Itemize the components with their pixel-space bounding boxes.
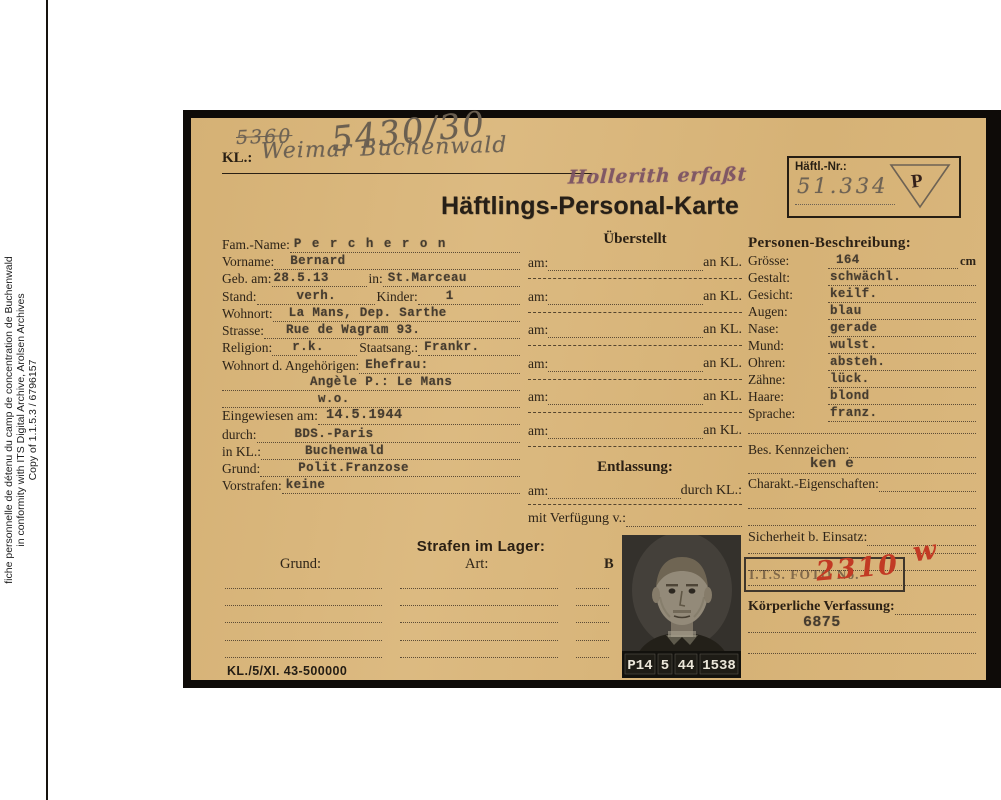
transfer-separator [528, 278, 742, 279]
desc-row-haare: Haare: blond [748, 388, 976, 405]
field-value: 14.5.1944 [326, 408, 403, 423]
desc-row-groesse: Grösse: 164 cm [748, 252, 976, 269]
am-label: am: [528, 289, 548, 305]
transfer-row: am: an KL. [528, 355, 742, 372]
strafen-ruled-line [400, 640, 558, 641]
charakt-label: Charakt.-Eigenschaften: [748, 476, 879, 492]
its-foto-stamp: I.T.S. FOTO No. 2310 [744, 557, 905, 592]
desc-label: Ohren: [748, 355, 828, 371]
field-label: Grund: [222, 461, 260, 477]
field-value: Ehefrau: [365, 358, 428, 372]
transfer-row: am: an KL. [528, 321, 742, 338]
strafen-ruled-line [400, 605, 558, 606]
strafen-ruled-line [225, 622, 382, 623]
an-kl-label: an KL. [703, 423, 742, 439]
board-segment: P14 [627, 658, 652, 674]
field-label: Religion: [222, 340, 272, 356]
desc-label: Nase: [748, 321, 828, 337]
margin-note-fiche: fiche personnelle de détenu du camp de c… [3, 256, 15, 583]
strafen-grund-label: Grund: [280, 556, 321, 573]
desc-row-mund: Mund: wulst. [748, 337, 976, 354]
field-label: Geb. am: [222, 271, 272, 287]
verfassung-value: 6875 [803, 614, 841, 631]
desc-value: blau [830, 304, 862, 318]
transfer-row: am: an KL. [528, 388, 742, 405]
am-label: am: [528, 483, 548, 499]
transfer-separator [528, 345, 742, 346]
kennzeichen-value: ken e [810, 456, 854, 472]
am-label: am: [528, 322, 548, 338]
strafen-ruled-line [576, 640, 609, 641]
strafen-ruled-line [225, 588, 382, 589]
card-frame: 5360 5430/30 KL.: Weimar Buchenwald Holl… [183, 110, 1001, 688]
margin-rule [46, 0, 48, 800]
kl-label: KL.: [222, 150, 252, 167]
field-label: Fam.-Name: [222, 237, 290, 253]
desc-value: 164 [836, 253, 860, 267]
sicherheit-row: Sicherheit b. Einsatz: [748, 529, 976, 546]
board-segment: 44 [678, 658, 695, 674]
field-label: durch: [222, 427, 257, 443]
field-label: Wohnort: [222, 306, 273, 322]
prisoner-card: 5360 5430/30 KL.: Weimar Buchenwald Holl… [191, 118, 986, 680]
desc-row-gesicht: Gesicht: keilf. [748, 286, 976, 303]
an-kl-label: an KL. [703, 356, 742, 372]
kennzeichen-value-row: ken e [748, 457, 976, 474]
an-kl-label: an KL. [703, 322, 742, 338]
field-value: Angèle P.: Le Mans [310, 375, 452, 389]
field-value: verh. [297, 289, 337, 303]
transfer-row: am: an KL. [528, 288, 742, 305]
desc-label: Zähne: [748, 372, 828, 388]
verfuegung-label: mit Verfügung v.: [528, 511, 626, 527]
field-value: 28.5.13 [274, 271, 329, 285]
card-title: Häftlings-Personal-Karte [430, 192, 750, 221]
field-label: Staatsang.: [359, 340, 418, 356]
desc-label: Haare: [748, 389, 828, 405]
blank-ruled-line [748, 433, 976, 434]
charakt-row: Charakt.-Eigenschaften: [748, 475, 976, 492]
field-row-vorstrafen: Vorstrafen: keine [222, 477, 520, 494]
field-row-geboren: Geb. am: 28.5.13 in: St.Marceau [222, 270, 520, 287]
strafen-ruled-line [576, 622, 609, 623]
field-row-famname: Fam.-Name: P e r c h e r o n [222, 236, 520, 253]
field-row-strasse: Strasse: Rue de Wagram 93. [222, 322, 520, 339]
field-label: Vorstrafen: [222, 478, 282, 494]
am-label: am: [528, 389, 548, 405]
am-label: am: [528, 423, 548, 439]
archive-scan-page: Copy of 1.1.5.3 / 6796157 in conformity … [0, 0, 1001, 800]
field-value: Rue de Wagram 93. [286, 323, 420, 337]
strafen-header: Strafen im Lager: [381, 538, 581, 555]
strafen-ruled-line [576, 657, 609, 658]
strafen-ruled-line [400, 622, 558, 623]
its-stamp-number: 2310 [815, 549, 901, 587]
verfassung-label: Körperliche Verfassung: [748, 599, 895, 615]
prisoner-number-value: 51.334 [797, 174, 888, 198]
desc-label: Gesicht: [748, 287, 828, 303]
strafen-ruled-line [576, 588, 609, 589]
field-row-grund: Grund: Polit.Franzose [222, 460, 520, 477]
margin-note-conformity: in conformity with ITS Digital Archive, … [15, 293, 27, 546]
kl-handwritten-value: Weimar Buchenwald [261, 133, 508, 164]
field-value: P e r c h e r o n [294, 237, 447, 251]
field-value: w.o. [318, 392, 350, 406]
field-row-vorname: Vorname: Bernard [222, 253, 520, 270]
strafen-ruled-line [225, 605, 382, 606]
desc-value: gerade [830, 321, 877, 335]
margin-note-copy: Copy of 1.1.5.3 / 6796157 [27, 360, 39, 481]
field-value: keine [286, 478, 326, 492]
field-value: r.k. [292, 340, 324, 354]
desc-label: Gestalt: [748, 270, 828, 286]
entlassung-separator [528, 504, 742, 505]
strafen-ruled-line [400, 588, 558, 589]
desc-value: schwächl. [830, 270, 901, 284]
an-kl-label: an KL. [703, 255, 742, 271]
field-label: Eingewiesen am: [222, 409, 318, 425]
am-label: am: [528, 356, 548, 372]
triangle-letter: P [910, 170, 924, 192]
strafen-ruled-line [576, 605, 609, 606]
hollerith-stamp: Hollerith erfaßt [567, 163, 747, 188]
field-row-inkl: in KL.: Buchenwald [222, 443, 520, 460]
field-label: in: [369, 271, 383, 287]
field-row-durch: durch: BDS.-Paris [222, 426, 520, 443]
verfassung-value-row: 6875 [748, 616, 976, 633]
desc-label: Grösse: [748, 253, 828, 269]
transfer-separator [528, 446, 742, 447]
strafen-art-label: Art: [465, 556, 488, 573]
strafen-bemerkung-label: B [604, 556, 614, 573]
desc-label: Sprache: [748, 406, 828, 422]
an-kl-label: an KL. [703, 289, 742, 305]
entlassung-row: am: durch KL.: [528, 482, 742, 499]
field-label: Stand: [222, 289, 257, 305]
desc-value: lück. [830, 372, 870, 386]
desc-row-augen: Augen: blau [748, 303, 976, 320]
field-row-angehoerige2: Angèle P.: Le Mans [222, 374, 520, 391]
verfassung-row: Körperliche Verfassung: [748, 598, 976, 615]
mugshot-photo: P14 5 44 1538 [622, 535, 741, 678]
cm-suffix: cm [960, 254, 976, 269]
transfer-separator [528, 412, 742, 413]
triangle-badge-icon: P [887, 162, 953, 210]
transfer-row: am: an KL. [528, 254, 742, 271]
verfuegung-row: mit Verfügung v.: [528, 510, 742, 527]
field-row-angehoerige: Wohnort d. Angehörigen: Ehefrau: [222, 357, 520, 374]
board-segment: 1538 [702, 658, 736, 674]
field-label: Wohnort d. Angehörigen: [222, 358, 359, 374]
form-print-code: KL./5/XI. 43-500000 [227, 664, 347, 678]
photo-number-board: P14 5 44 1538 [625, 654, 738, 674]
field-label: Kinder: [377, 289, 418, 305]
strafen-ruled-line [225, 640, 382, 641]
transfer-separator [528, 379, 742, 380]
board-segment: 5 [661, 658, 669, 674]
desc-row-zaehne: Zähne: lück. [748, 371, 976, 388]
am-label: am: [528, 255, 548, 271]
field-value: Bernard [290, 254, 345, 268]
transfer-separator [528, 312, 742, 313]
field-value: 1 [446, 289, 454, 303]
desc-value: wulst. [830, 338, 877, 352]
transfer-row: am: an KL. [528, 422, 742, 439]
blank-ruled-line [748, 508, 976, 509]
prisoner-number-box: Häftl.-Nr.: 51.334 P [787, 156, 961, 218]
entlassung-header: Entlassung: [528, 459, 742, 476]
desc-row-sprache: Sprache: franz. [748, 405, 976, 422]
field-row-wohnort: Wohnort: La Mans, Dep. Sarthe [222, 305, 520, 322]
kl-underline [222, 173, 592, 174]
field-row-angehoerige3: w.o. [222, 391, 520, 408]
desc-label: Mund: [748, 338, 828, 354]
field-value: BDS.-Paris [295, 427, 374, 441]
desc-label: Augen: [748, 304, 828, 320]
desc-value: absteh. [830, 355, 885, 369]
prisoner-number-label: Häftl.-Nr.: [795, 161, 847, 173]
field-value: Buchenwald [305, 444, 384, 458]
blank-ruled-line [748, 653, 976, 654]
beschreibung-header: Personen-Beschreibung: [748, 235, 911, 252]
desc-row-gestalt: Gestalt: schwächl. [748, 269, 976, 286]
desc-row-ohren: Ohren: absteh. [748, 354, 976, 371]
field-value: La Mans, Dep. Sarthe [289, 306, 447, 320]
desc-row-nase: Nase: gerade [748, 320, 976, 337]
blank-ruled-line [748, 525, 976, 526]
red-w-mark: w [911, 535, 938, 569]
strafen-ruled-line [225, 657, 382, 658]
desc-value: franz. [830, 406, 877, 420]
prisoner-number-underline [795, 204, 895, 205]
strafen-ruled-line [400, 657, 558, 658]
sicherheit-label: Sicherheit b. Einsatz: [748, 530, 867, 546]
desc-value: keilf. [830, 287, 877, 301]
field-row-religion: Religion: r.k. Staatsang.: Frankr. [222, 339, 520, 356]
field-label: Vorname: [222, 254, 274, 270]
field-row-stand: Stand: verh. Kinder: 1 [222, 288, 520, 305]
an-kl-label: an KL. [703, 389, 742, 405]
durch-kl-label: durch KL.: [681, 483, 742, 499]
field-value: Frankr. [424, 340, 479, 354]
desc-value: blond [830, 389, 870, 403]
field-value: Polit.Franzose [298, 461, 409, 475]
field-label: in KL.: [222, 444, 261, 460]
field-row-eingewiesen: Eingewiesen am: 14.5.1944 [222, 408, 520, 425]
field-label: Strasse: [222, 323, 264, 339]
ueberstellt-header: Überstellt [528, 231, 742, 248]
field-value: St.Marceau [388, 271, 467, 285]
